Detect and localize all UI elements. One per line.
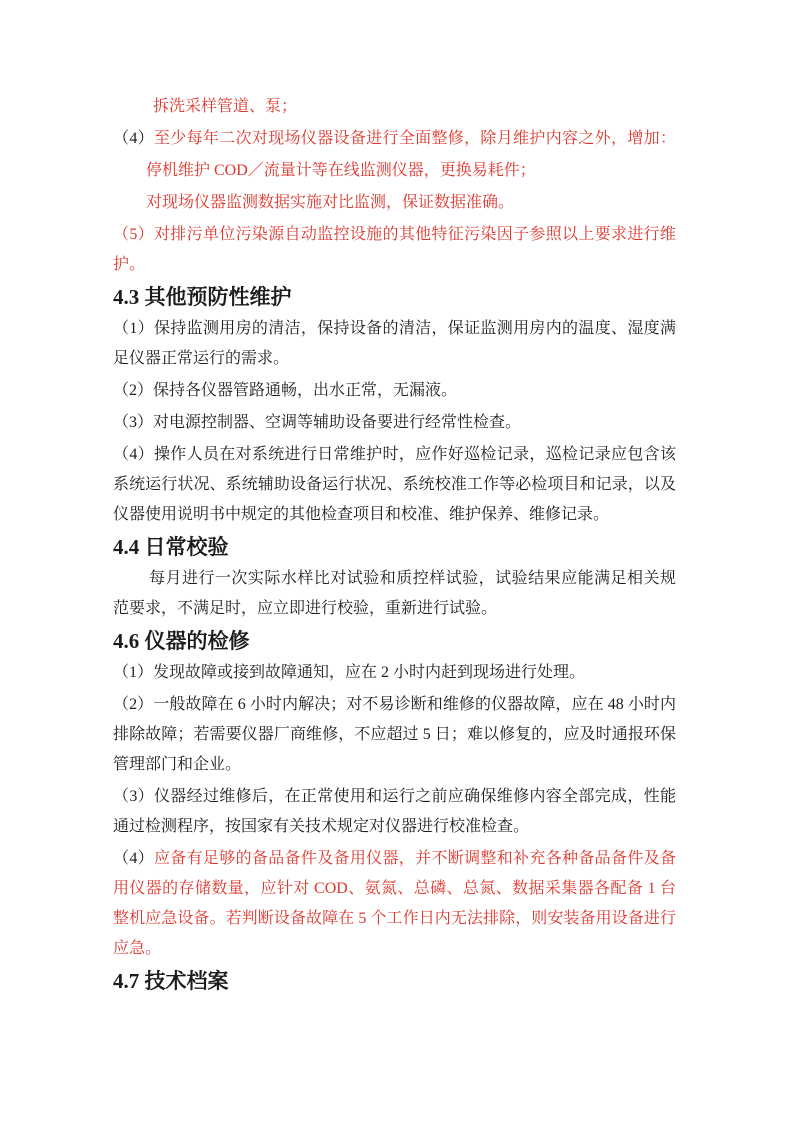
heading-4-3-other-preventive-maintenance: 4.3 其他预防性维护: [113, 282, 676, 312]
item-number: （4）: [113, 850, 154, 867]
item-text: 至少每年二次对现场仪器设备进行全面整修，除月维护内容之外，增加：: [154, 130, 676, 147]
paragraph-item-1-fault-response-2h: （1）发现故障或接到故障通知，应在 2 小时内赶到现场进行处理。: [113, 658, 676, 688]
paragraph-item-4-inspection-records: （4）操作人员在对系统进行日常维护时，应作好巡检记录，巡检记录应包含该系统运行状…: [113, 440, 676, 530]
paragraph-item-2-fault-resolution-times: （2）一般故障在 6 小时内解决；对不易诊断和维修的仪器故障，应在 48 小时内…: [113, 690, 676, 780]
document-content: 拆洗采样管道、泵； （4）至少每年二次对现场仪器设备进行全面整修，除月维护内容之…: [113, 90, 676, 996]
item-number: （4）: [113, 130, 154, 147]
sub-item-cod-flowmeter-maintenance: 停机维护 COD／流量计等在线监测仪器，更换易耗件；: [113, 156, 676, 186]
paragraph-item-2-pipeline-clear: （2）保持各仪器管路通畅，出水正常，无漏液。: [113, 376, 676, 406]
sub-item-comparison-monitoring: 对现场仪器监测数据实施对比监测，保证数据准确。: [113, 188, 676, 218]
heading-4-6-instrument-repair: 4.6 仪器的检修: [113, 626, 676, 656]
paragraph-item-3-post-repair-verification: （3）仪器经过维修后，在正常使用和运行之前应确保维修内容全部完成，性能通过检测程…: [113, 782, 676, 842]
paragraph-monthly-water-sample-test: 每月进行一次实际水样比对试验和质控样试验，试验结果应能满足相关规范要求，不满足时…: [113, 564, 676, 624]
sub-item-flush-pipes: 拆洗采样管道、泵；: [113, 92, 676, 122]
paragraph-item-1-room-cleanliness: （1）保持监测用房的清洁，保持设备的清洁，保证监测用房内的温度、湿度满足仪器正常…: [113, 314, 676, 374]
heading-4-4-daily-calibration: 4.4 日常校验: [113, 532, 676, 562]
paragraph-item-4-spare-parts-backup: （4）应备有足够的备品备件及备用仪器，并不断调整和补充各种备品备件及备用仪器的存…: [113, 844, 676, 964]
heading-4-7-technical-archives: 4.7 技术档案: [113, 966, 676, 996]
paragraph-item-4-annual-overhaul: （4）至少每年二次对现场仪器设备进行全面整修，除月维护内容之外，增加：: [113, 124, 676, 154]
paragraph-item-3-auxiliary-equipment-check: （3）对电源控制器、空调等辅助设备要进行经常性检查。: [113, 408, 676, 438]
document-page: 拆洗采样管道、泵； （4）至少每年二次对现场仪器设备进行全面整修，除月维护内容之…: [0, 0, 793, 1122]
item-text: 应备有足够的备品备件及备用仪器，并不断调整和补充各种备品备件及备用仪器的存储数量…: [113, 850, 676, 957]
paragraph-item-5-other-pollution-factors: （5）对排污单位污染源自动监控设施的其他特征污染因子参照以上要求进行维护。: [113, 220, 676, 280]
